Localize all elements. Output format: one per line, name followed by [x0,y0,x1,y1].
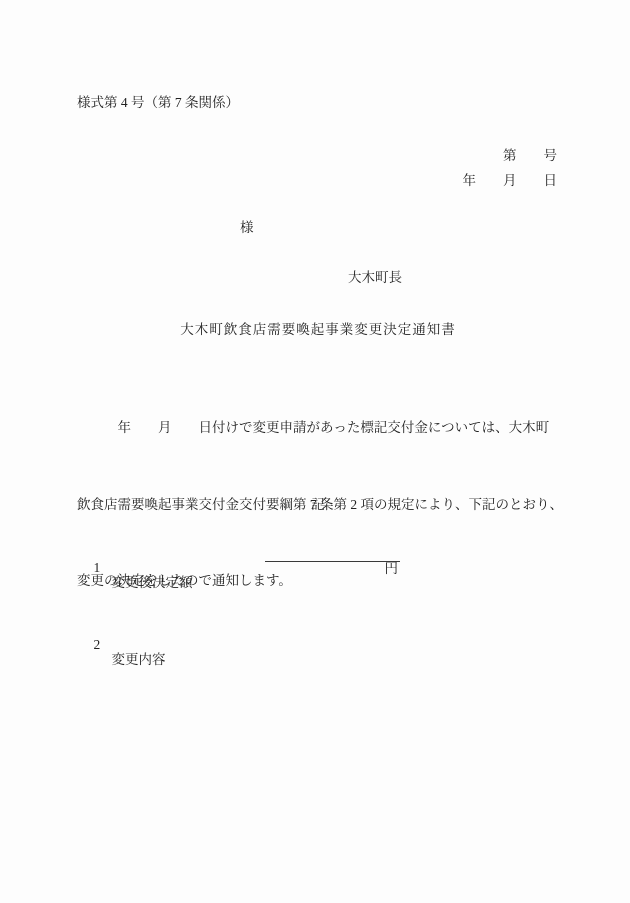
item-number: 1 [94,560,101,575]
form-number: 様式第 4 号（第 7 条関係） [77,95,239,110]
list-item-amount: 1 変更後決定額 [80,545,193,605]
amount-blank-underline: 円 [265,546,400,562]
list-item-change-details: 2 変更内容 [80,622,166,682]
item-label: 変更後決定額 [112,575,193,590]
item-label: 変更内容 [112,652,166,667]
amount-unit-label: 円 [385,561,401,576]
date-line: 年 月 日 [463,173,558,188]
document-page: 様式第 4 号（第 7 条関係） 第 号 年 月 日 様 大木町長 大木町飲食店… [0,0,630,903]
item-number: 2 [94,637,101,652]
addressee-honorific: 様 [240,220,254,235]
list-heading-ki: 記 [77,497,559,512]
sender-title: 大木町長 [348,270,402,285]
body-line-1: 年 月 日付けで変更申請があった標記交付金については、大木町 [77,415,569,441]
document-title: 大木町飲食店需要喚起事業変更決定通知書 [77,322,559,337]
document-number-line: 第 号 [503,148,557,163]
